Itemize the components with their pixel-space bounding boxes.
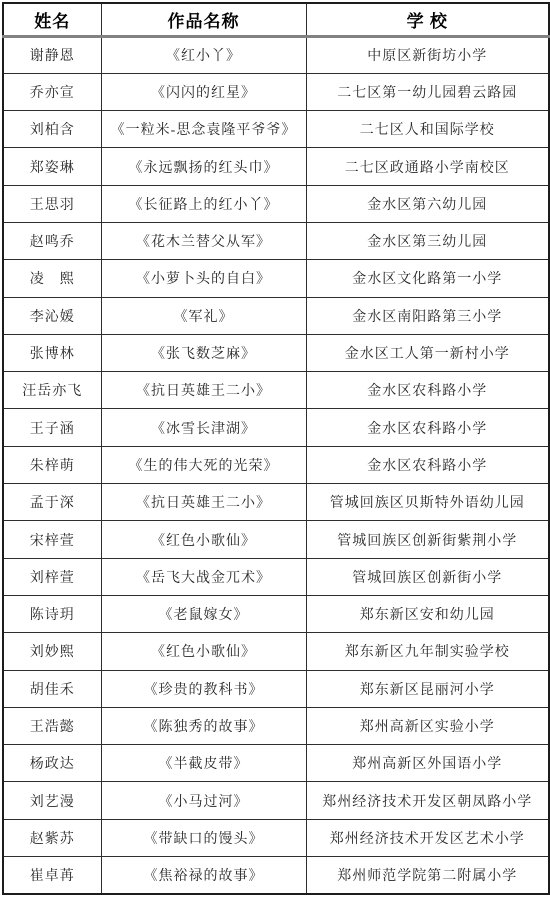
cell-school: 二七区政通路小学南校区 — [306, 148, 549, 185]
cell-title: 《冰雪长津湖》 — [101, 409, 306, 446]
cell-title: 《红色小歌仙》 — [101, 633, 306, 670]
table-row: 孟于深 《抗日英雄王二小》 管城回族区贝斯特外语幼儿园 — [3, 484, 549, 521]
cell-name: 赵鸣乔 — [3, 222, 101, 259]
page: 姓名 作品名称 学 校 谢静恩 《红小丫》 中原区新街坊小学 乔亦宣 《闪闪的红… — [0, 0, 550, 901]
cell-school: 郑东新区安和幼儿园 — [306, 595, 549, 632]
cell-title: 《焦裕禄的故事》 — [101, 857, 306, 894]
cell-school: 金水区工人第一新村小学 — [306, 334, 549, 371]
cell-name: 凌 熙 — [3, 260, 101, 297]
cell-title: 《老鼠嫁女》 — [101, 595, 306, 632]
cell-title: 《抗日英雄王二小》 — [101, 484, 306, 521]
cell-title: 《永远飘扬的红头巾》 — [101, 148, 306, 185]
cell-name: 刘艺漫 — [3, 782, 101, 819]
cell-title: 《军礼》 — [101, 297, 306, 334]
table-row: 张博林 《张飞数芝麻》 金水区工人第一新村小学 — [3, 334, 549, 371]
cell-school: 金水区农科路小学 — [306, 372, 549, 409]
cell-name: 张博林 — [3, 334, 101, 371]
cell-school: 郑东新区昆丽河小学 — [306, 670, 549, 707]
cell-school: 郑州经济技术开发区朝凤路小学 — [306, 782, 549, 819]
cell-name: 胡佳禾 — [3, 670, 101, 707]
table-row: 汪岳亦飞 《抗日英雄王二小》 金水区农科路小学 — [3, 372, 549, 409]
table-row: 谢静恩 《红小丫》 中原区新街坊小学 — [3, 36, 549, 73]
table-row: 王思羽 《长征路上的红小丫》 金水区第六幼儿园 — [3, 185, 549, 222]
cell-school: 郑州高新区外国语小学 — [306, 745, 549, 782]
table-row: 宋梓萱 《红色小歌仙》 管城回族区创新街紫荆小学 — [3, 521, 549, 558]
cell-school: 金水区第三幼儿园 — [306, 222, 549, 259]
table-row: 赵鸣乔 《花木兰替父从军》 金水区第三幼儿园 — [3, 222, 549, 259]
cell-name: 朱梓萌 — [3, 446, 101, 483]
cell-title: 《小马过河》 — [101, 782, 306, 819]
cell-school: 金水区第六幼儿园 — [306, 185, 549, 222]
cell-school: 金水区文化路第一小学 — [306, 260, 549, 297]
column-header-title: 作品名称 — [101, 3, 306, 36]
cell-name: 王子涵 — [3, 409, 101, 446]
table-row: 刘柏含 《一粒米-思念袁隆平爷爷》 二七区人和国际学校 — [3, 111, 549, 148]
cell-title: 《抗日英雄王二小》 — [101, 372, 306, 409]
table-row: 朱梓萌 《生的伟大死的光荣》 金水区农科路小学 — [3, 446, 549, 483]
cell-name: 崔卓苒 — [3, 857, 101, 894]
cell-school: 郑州师范学院第二附属小学 — [306, 857, 549, 894]
table-row: 李沁媛 《军礼》 金水区南阳路第三小学 — [3, 297, 549, 334]
cell-school: 郑东新区九年制实验学校 — [306, 633, 549, 670]
cell-name: 乔亦宣 — [3, 73, 101, 110]
cell-title: 《花木兰替父从军》 — [101, 222, 306, 259]
cell-name: 王思羽 — [3, 185, 101, 222]
cell-school: 管城回族区贝斯特外语幼儿园 — [306, 484, 549, 521]
table-row: 赵紫苏 《带缺口的馒头》 郑州经济技术开发区艺术小学 — [3, 819, 549, 856]
table-row: 崔卓苒 《焦裕禄的故事》 郑州师范学院第二附属小学 — [3, 857, 549, 894]
table-row: 郑姿琳 《永远飘扬的红头巾》 二七区政通路小学南校区 — [3, 148, 549, 185]
column-header-school: 学 校 — [306, 3, 549, 36]
cell-title: 《珍贵的教科书》 — [101, 670, 306, 707]
cell-title: 《长征路上的红小丫》 — [101, 185, 306, 222]
cell-name: 杨政达 — [3, 745, 101, 782]
table-row: 陈诗玥 《老鼠嫁女》 郑东新区安和幼儿园 — [3, 595, 549, 632]
cell-school: 金水区农科路小学 — [306, 409, 549, 446]
cell-title: 《一粒米-思念袁隆平爷爷》 — [101, 111, 306, 148]
cell-name: 汪岳亦飞 — [3, 372, 101, 409]
cell-title: 《红色小歌仙》 — [101, 521, 306, 558]
cell-title: 《闪闪的红星》 — [101, 73, 306, 110]
table-row: 胡佳禾 《珍贵的教科书》 郑东新区昆丽河小学 — [3, 670, 549, 707]
table-row: 王浩懿 《陈独秀的故事》 郑州高新区实验小学 — [3, 707, 549, 744]
cell-school: 管城回族区创新街小学 — [306, 558, 549, 595]
table-row: 王子涵 《冰雪长津湖》 金水区农科路小学 — [3, 409, 549, 446]
table-row: 乔亦宣 《闪闪的红星》 二七区第一幼儿园碧云路园 — [3, 73, 549, 110]
cell-school: 二七区人和国际学校 — [306, 111, 549, 148]
cell-name: 谢静恩 — [3, 36, 101, 73]
cell-school: 郑州经济技术开发区艺术小学 — [306, 819, 549, 856]
cell-name: 李沁媛 — [3, 297, 101, 334]
cell-title: 《生的伟大死的光荣》 — [101, 446, 306, 483]
cell-name: 王浩懿 — [3, 707, 101, 744]
table-row: 凌 熙 《小萝卜头的自白》 金水区文化路第一小学 — [3, 260, 549, 297]
cell-name: 刘妙熙 — [3, 633, 101, 670]
table-row: 杨政达 《半截皮带》 郑州高新区外国语小学 — [3, 745, 549, 782]
cell-name: 郑姿琳 — [3, 148, 101, 185]
table-header-row: 姓名 作品名称 学 校 — [3, 3, 549, 36]
cell-title: 《陈独秀的故事》 — [101, 707, 306, 744]
cell-title: 《岳飞大战金兀术》 — [101, 558, 306, 595]
cell-name: 赵紫苏 — [3, 819, 101, 856]
table-row: 刘梓萱 《岳飞大战金兀术》 管城回族区创新街小学 — [3, 558, 549, 595]
table-row: 刘艺漫 《小马过河》 郑州经济技术开发区朝凤路小学 — [3, 782, 549, 819]
award-winners-table: 姓名 作品名称 学 校 谢静恩 《红小丫》 中原区新街坊小学 乔亦宣 《闪闪的红… — [2, 2, 550, 895]
cell-title: 《小萝卜头的自白》 — [101, 260, 306, 297]
cell-school: 金水区农科路小学 — [306, 446, 549, 483]
cell-school: 金水区南阳路第三小学 — [306, 297, 549, 334]
cell-school: 二七区第一幼儿园碧云路园 — [306, 73, 549, 110]
cell-title: 《张飞数芝麻》 — [101, 334, 306, 371]
table-row: 刘妙熙 《红色小歌仙》 郑东新区九年制实验学校 — [3, 633, 549, 670]
cell-name: 陈诗玥 — [3, 595, 101, 632]
cell-name: 刘梓萱 — [3, 558, 101, 595]
cell-name: 刘柏含 — [3, 111, 101, 148]
cell-title: 《半截皮带》 — [101, 745, 306, 782]
cell-title: 《带缺口的馒头》 — [101, 819, 306, 856]
cell-title: 《红小丫》 — [101, 36, 306, 73]
cell-name: 宋梓萱 — [3, 521, 101, 558]
cell-school: 中原区新街坊小学 — [306, 36, 549, 73]
cell-school: 管城回族区创新街紫荆小学 — [306, 521, 549, 558]
cell-name: 孟于深 — [3, 484, 101, 521]
column-header-name: 姓名 — [3, 3, 101, 36]
cell-school: 郑州高新区实验小学 — [306, 707, 549, 744]
